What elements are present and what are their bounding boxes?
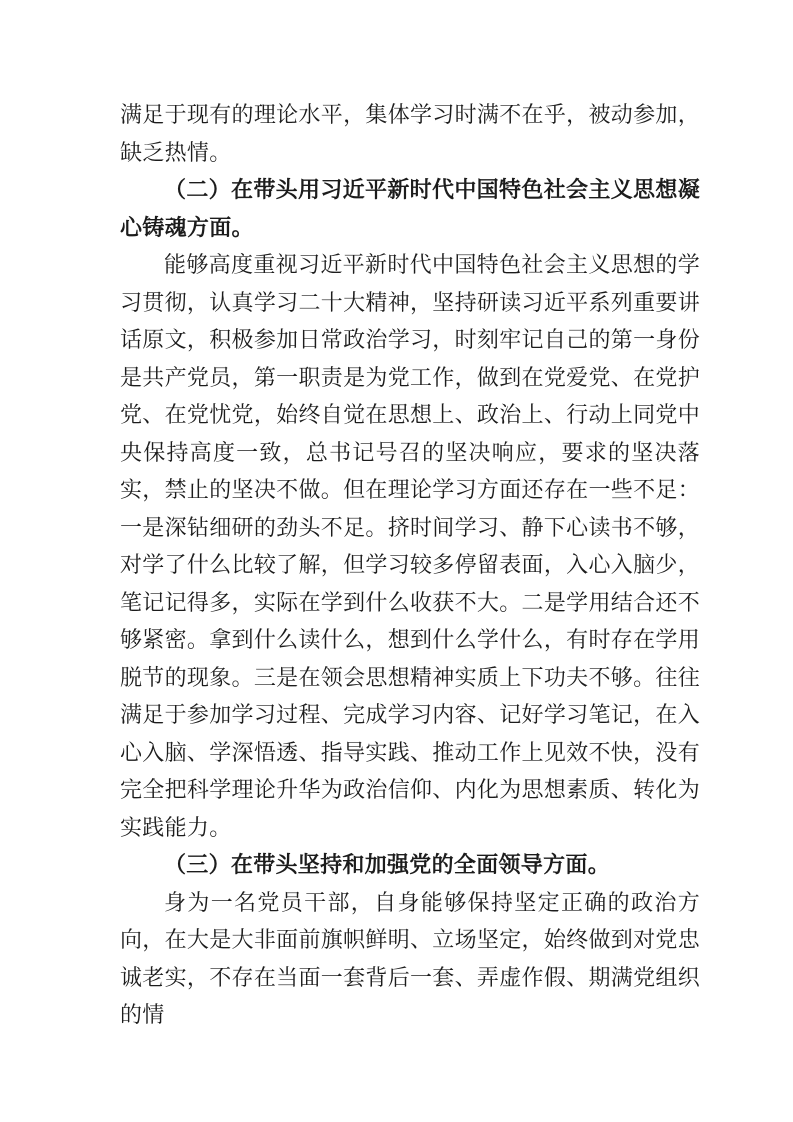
body-paragraph: 能够高度重视习近平新时代中国特色社会主义思想的学习贯彻，认真学习二十大精神，坚持… [120,246,700,846]
document-body: 满足于现有的理论水平，集体学习时满不在乎，被动参加，缺乏热情。（二）在带头用习近… [120,96,700,1034]
section-heading: （二）在带头用习近平新时代中国特色社会主义思想凝心铸魂方面。 [120,171,700,246]
section-heading: （三）在带头坚持和加强党的全面领导方面。 [120,846,700,884]
body-paragraph: 满足于现有的理论水平，集体学习时满不在乎，被动参加，缺乏热情。 [120,96,700,171]
document-page: 满足于现有的理论水平，集体学习时满不在乎，被动参加，缺乏热情。（二）在带头用习近… [0,0,793,1122]
body-paragraph: 身为一名党员干部，自身能够保持坚定正确的政治方向，在大是大非面前旗帜鲜明、立场坚… [120,884,700,1034]
